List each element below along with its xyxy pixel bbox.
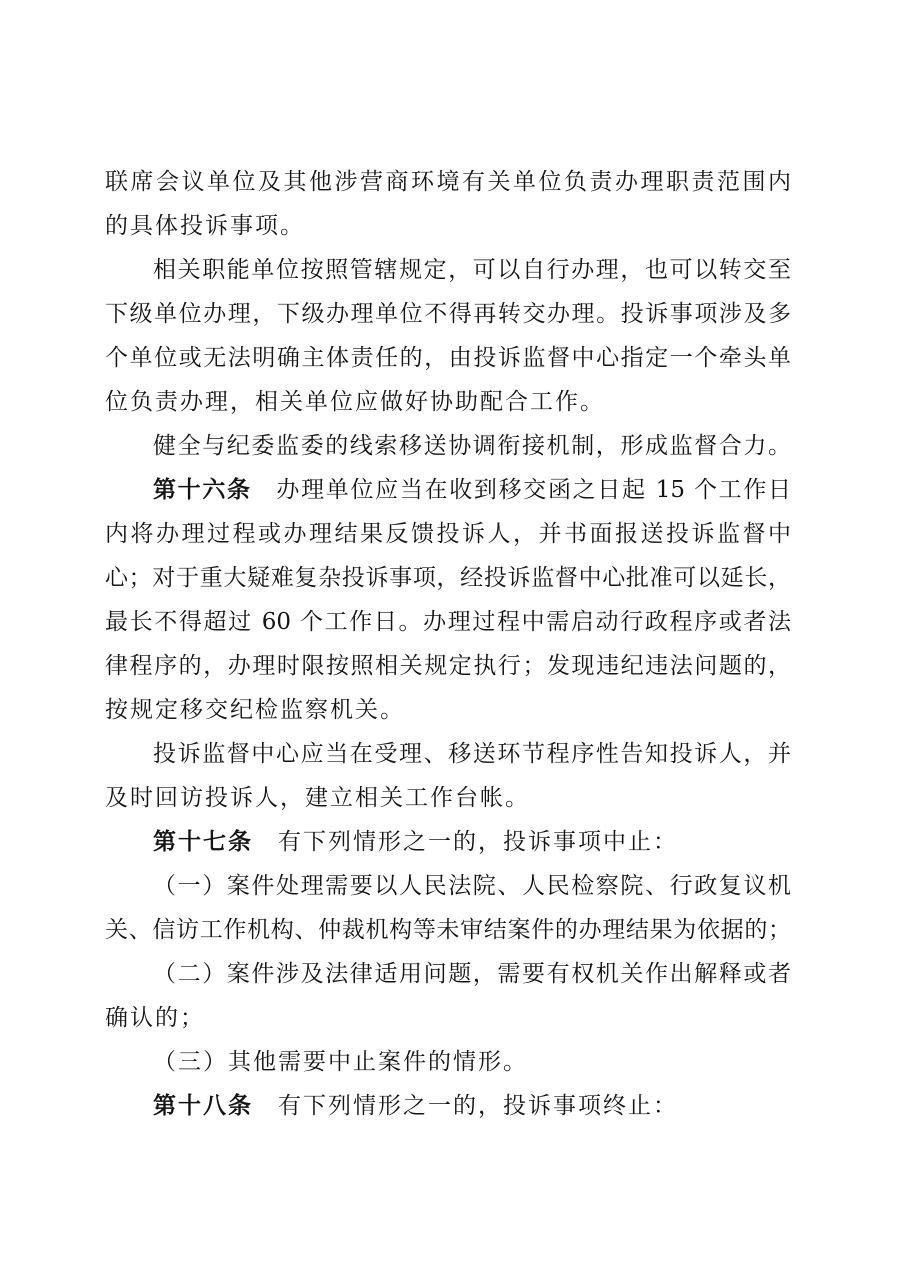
text-segment: 律程序的，办理时限按照相关规定执行；发现违纪违法问题的， xyxy=(105,653,791,679)
text-segment: 位负责办理，相关单位应做好协助配合工作。 xyxy=(105,389,605,415)
text-segment: 内将办理过程或办理结果反馈投诉人，并书面报送投诉监督中 xyxy=(105,521,791,547)
text-line: 个单位或无法明确主体责任的，由投诉监督中心指定一个牵头单 xyxy=(105,336,791,380)
text-segment: 有下列情形之一的，投诉事项终止： xyxy=(253,1093,678,1119)
article-number: 第十七条 xyxy=(153,828,253,855)
text-line: 律程序的，办理时限按照相关规定执行；发现违纪违法问题的， xyxy=(105,644,791,688)
text-segment: 投诉监督中心应当在受理、移送环节程序性告知投诉人，并 xyxy=(153,741,791,767)
text-line: 相关职能单位按照管辖规定，可以自行办理，也可以转交至 xyxy=(105,248,791,292)
text-segment: （一）案件处理需要以人民法院、人民检察院、行政复议机 xyxy=(153,873,791,899)
text-line: 及时回访投诉人，建立相关工作台帐。 xyxy=(105,776,791,820)
text-line: 心；对于重大疑难复杂投诉事项，经投诉监督中心批准可以延长， xyxy=(105,556,791,600)
document-page: 联席会议单位及其他涉营商环境有关单位负责办理职责范围内的具体投诉事项。相关职能单… xyxy=(0,0,900,1272)
text-line: 联席会议单位及其他涉营商环境有关单位负责办理职责范围内 xyxy=(105,160,791,204)
text-segment: 有下列情形之一的，投诉事项中止： xyxy=(253,829,678,855)
text-segment: 确认的； xyxy=(105,1005,205,1031)
text-segment: 健全与纪委监委的线索移送协调衔接机制，形成监督合力。 xyxy=(153,433,791,459)
text-line: 健全与纪委监委的线索移送协调衔接机制，形成监督合力。 xyxy=(105,424,791,468)
text-line: 确认的； xyxy=(105,996,791,1040)
text-line: 的具体投诉事项。 xyxy=(105,204,791,248)
text-segment: 及时回访投诉人，建立相关工作台帐。 xyxy=(105,785,530,811)
article-number: 第十六条 xyxy=(153,476,252,503)
text-line: 第十七条 有下列情形之一的，投诉事项中止： xyxy=(105,820,791,864)
text-segment: 联席会议单位及其他涉营商环境有关单位负责办理职责范围内 xyxy=(105,169,791,195)
text-segment: 的具体投诉事项。 xyxy=(105,213,305,239)
text-segment: 最长不得超过 60 个工作日。办理过程中需启动行政程序或者法 xyxy=(105,609,791,635)
text-segment: 个单位或无法明确主体责任的，由投诉监督中心指定一个牵头单 xyxy=(105,345,791,371)
text-line: （二）案件涉及法律适用问题，需要有权机关作出解释或者 xyxy=(105,952,791,996)
article-number: 第十八条 xyxy=(153,1092,253,1119)
text-segment: 相关职能单位按照管辖规定，可以自行办理，也可以转交至 xyxy=(153,257,791,283)
text-line: （三）其他需要中止案件的情形。 xyxy=(105,1040,791,1084)
text-line: 位负责办理，相关单位应做好协助配合工作。 xyxy=(105,380,791,424)
text-segment: （二）案件涉及法律适用问题，需要有权机关作出解释或者 xyxy=(153,961,791,987)
text-segment: 办理单位应当在收到移交函之日起 15 个工作日 xyxy=(252,477,791,503)
text-line: 第十六条 办理单位应当在收到移交函之日起 15 个工作日 xyxy=(105,468,791,512)
text-segment: （三）其他需要中止案件的情形。 xyxy=(153,1049,528,1075)
text-line: （一）案件处理需要以人民法院、人民检察院、行政复议机 xyxy=(105,864,791,908)
text-line: 关、信访工作机构、仲裁机构等未审结案件的办理结果为依据的； xyxy=(105,908,791,952)
text-segment: 关、信访工作机构、仲裁机构等未审结案件的办理结果为依据的； xyxy=(105,917,791,943)
text-line: 最长不得超过 60 个工作日。办理过程中需启动行政程序或者法 xyxy=(105,600,791,644)
text-line: 第十八条 有下列情形之一的，投诉事项终止： xyxy=(105,1084,791,1128)
text-line: 投诉监督中心应当在受理、移送环节程序性告知投诉人，并 xyxy=(105,732,791,776)
text-segment: 按规定移交纪检监察机关。 xyxy=(105,697,405,723)
document-body: 联席会议单位及其他涉营商环境有关单位负责办理职责范围内的具体投诉事项。相关职能单… xyxy=(105,160,791,1128)
text-segment: 下级单位办理，下级办理单位不得再转交办理。投诉事项涉及多 xyxy=(105,301,791,327)
text-line: 下级单位办理，下级办理单位不得再转交办理。投诉事项涉及多 xyxy=(105,292,791,336)
text-line: 内将办理过程或办理结果反馈投诉人，并书面报送投诉监督中 xyxy=(105,512,791,556)
text-segment: 心；对于重大疑难复杂投诉事项，经投诉监督中心批准可以延长， xyxy=(105,565,791,591)
text-line: 按规定移交纪检监察机关。 xyxy=(105,688,791,732)
